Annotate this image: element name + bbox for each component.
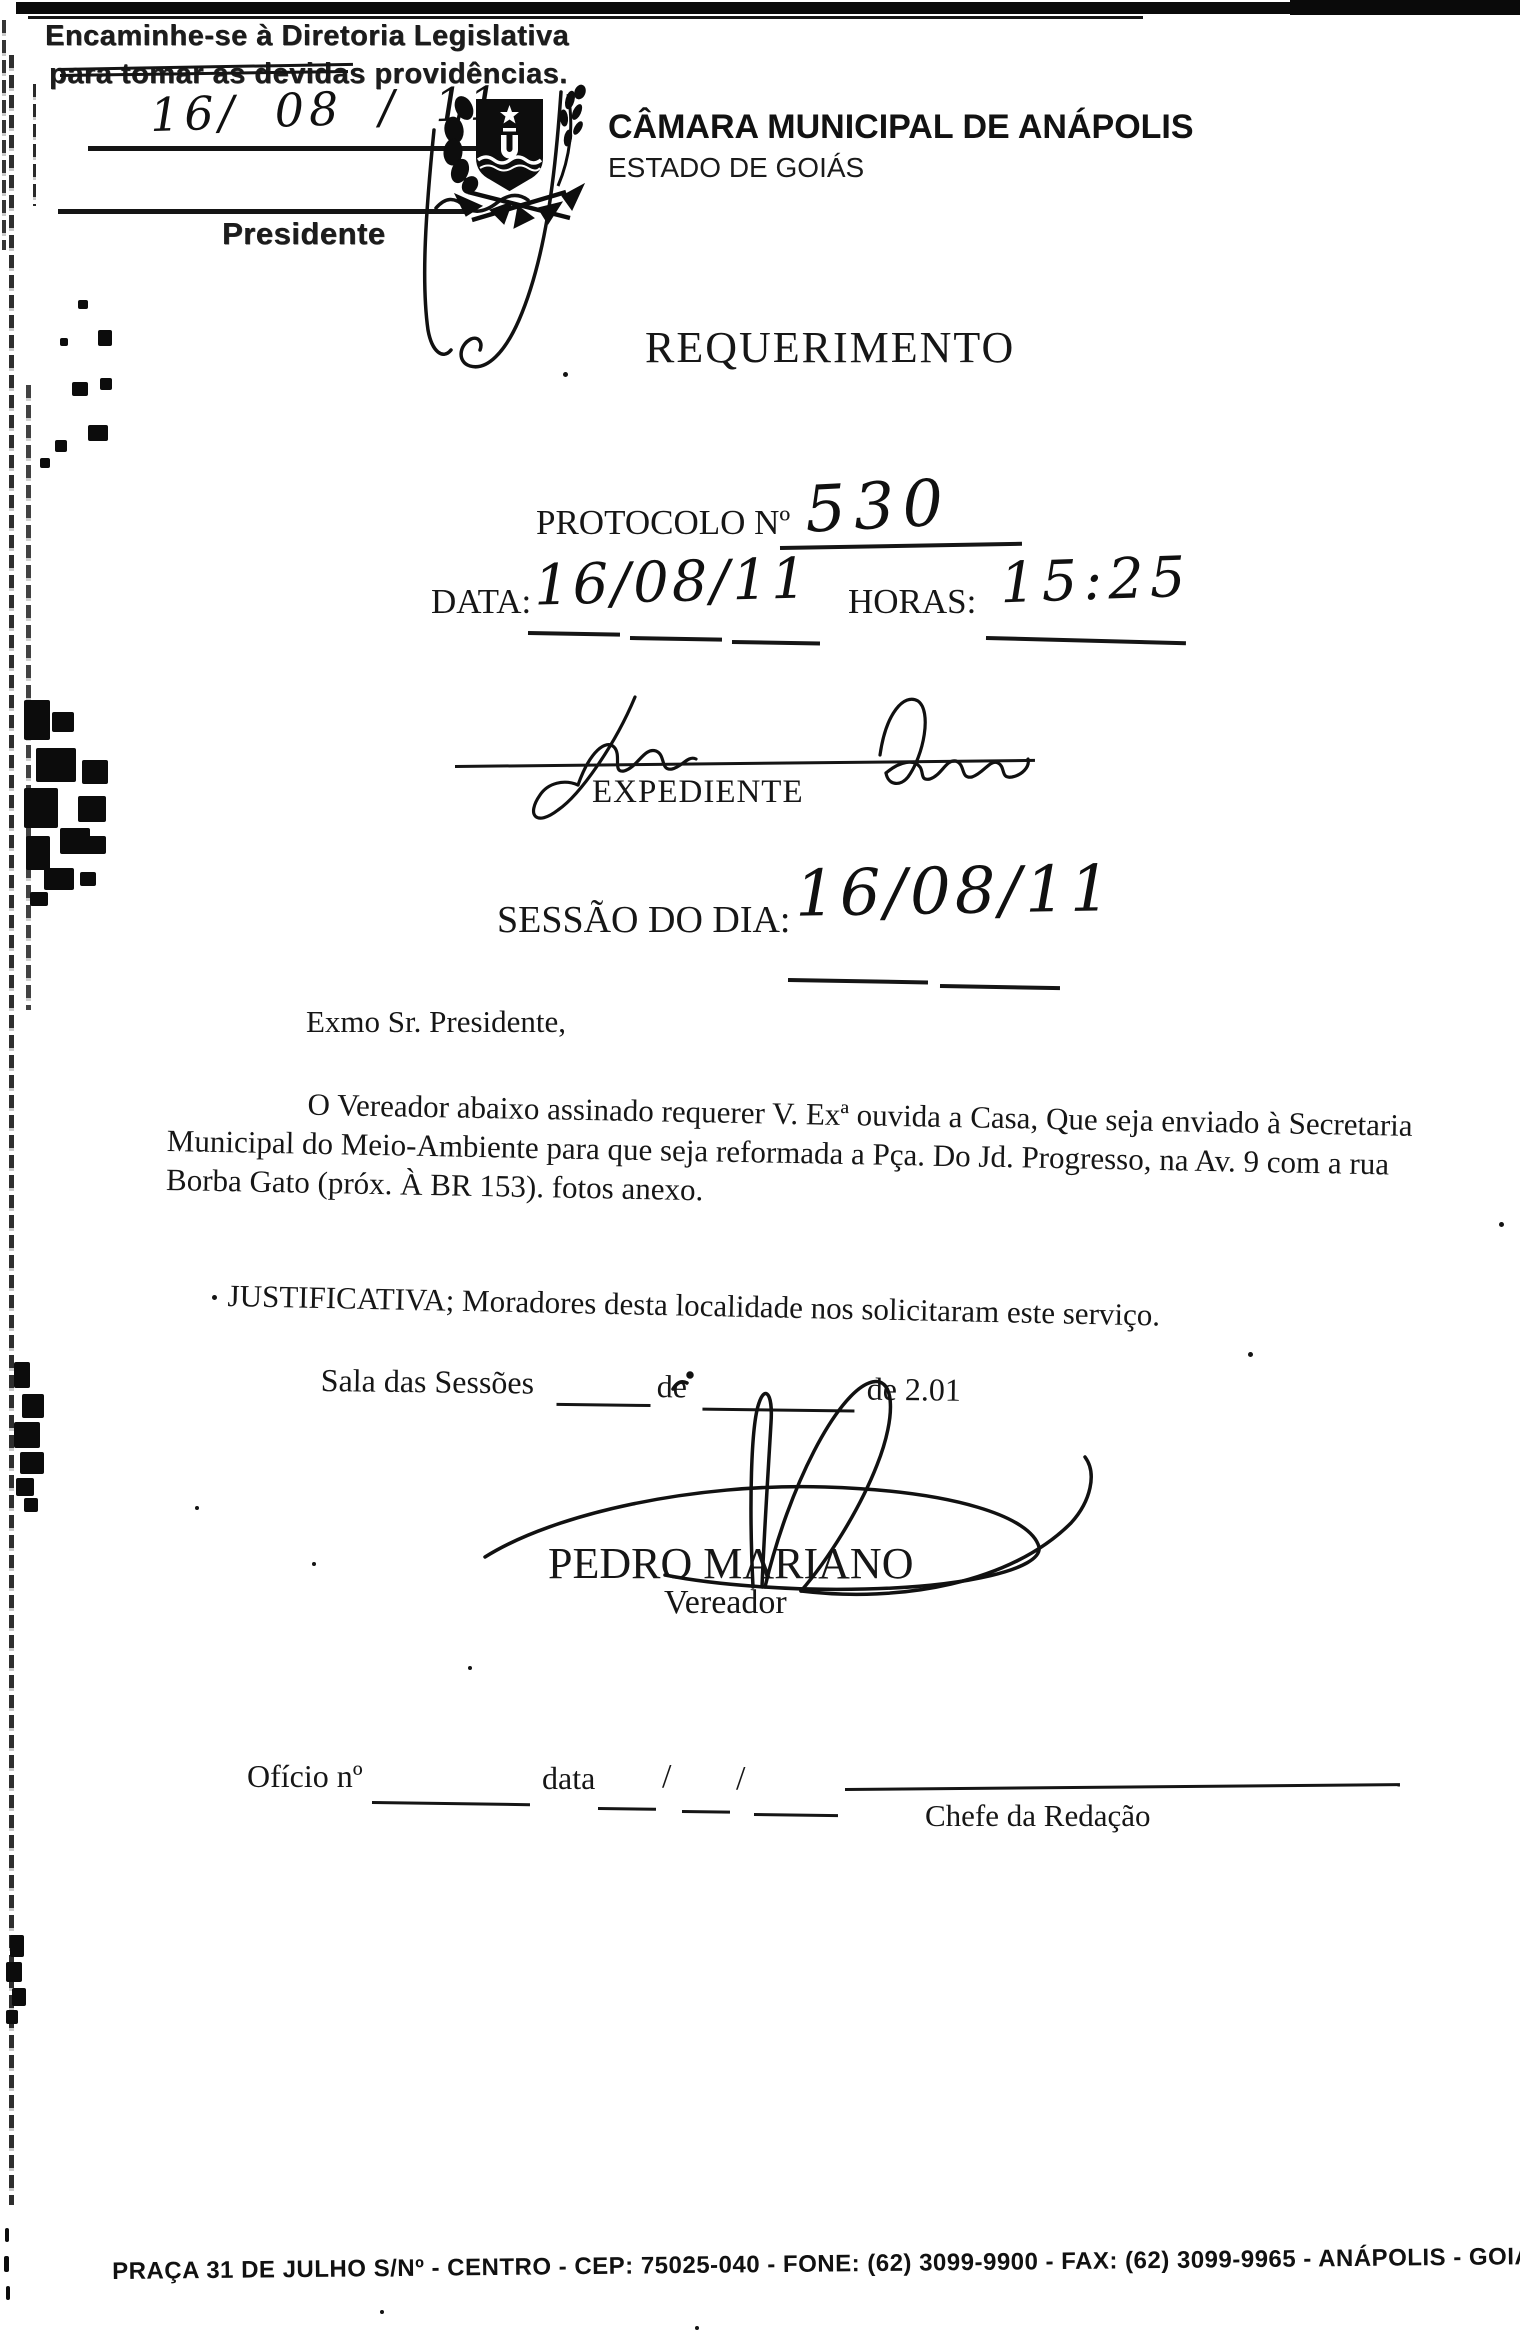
ana-paula-signature [440, 655, 1040, 840]
expediente-label: EXPEDIENTE [592, 774, 804, 811]
oficio-data-label: data [542, 1760, 595, 1797]
justification-line: JUSTIFICATIVA; Moradores desta localidad… [227, 1278, 1160, 1334]
scanned-requerimento-page: Encaminhe-se à Diretoria Legislativa par… [0, 0, 1520, 2336]
oficio-slash-2: / [736, 1760, 745, 1798]
oficio-data-line-3 [754, 1813, 838, 1817]
stamp-box-top-line [28, 16, 1143, 19]
hours-underline [986, 636, 1186, 645]
protocol-number-handwritten: 530 [803, 466, 953, 548]
oficio-label: Ofício nº [247, 1758, 363, 1795]
request-paragraph: O Vereador abaixo assinado requerer V. E… [166, 1082, 1520, 1225]
scan-dot-artifact [468, 1666, 472, 1670]
scan-top-edge-bar-right [1290, 0, 1520, 15]
anapolis-coat-of-arms-emblem [420, 78, 610, 223]
date-underline-2 [630, 636, 722, 642]
scan-dot-artifact [212, 1295, 217, 1300]
oficio-data-line-2 [682, 1810, 730, 1814]
org-state: ESTADO DE GOIÁS [608, 152, 864, 184]
scan-dot-artifact [1499, 1222, 1504, 1227]
protocol-label: PROTOCOLO Nº [536, 503, 790, 543]
session-label: SESSÃO DO DIA: [497, 898, 790, 942]
oficio-number-line [372, 1801, 530, 1806]
scan-dot-artifact [695, 2326, 699, 2330]
session-underline-2 [940, 984, 1060, 990]
document-title: REQUERIMENTO [645, 322, 1015, 373]
pedro-mariano-signature [465, 1365, 1115, 1600]
salutation: Exmo Sr. Presidente, [306, 1004, 566, 1040]
org-name: CÂMARA MUNICIPAL DE ANÁPOLIS [608, 108, 1194, 147]
scan-left-edge-line [9, 55, 14, 2205]
scan-dot-artifact [380, 2310, 384, 2314]
hours-handwritten: 15:25 [999, 545, 1193, 617]
oficio-slash-1: / [662, 1758, 671, 1796]
stamp-left-border [33, 84, 36, 206]
scan-dot-artifact [1248, 1352, 1253, 1357]
date-label: DATA: [431, 582, 531, 622]
chief-label: Chefe da Redação [925, 1798, 1151, 1834]
session-date-handwritten: 16/08/11 [794, 852, 1115, 932]
routing-stamp-line1: Encaminhe-se à Diretoria Legislativa [45, 20, 569, 53]
scan-dot-artifact [563, 372, 568, 377]
hours-label: HORAS: [848, 582, 976, 622]
date-underline-1 [528, 631, 620, 637]
scan-left-corner-dashes [2, 20, 6, 250]
stamp-role-label: Presidente [222, 216, 386, 252]
oficio-data-line-1 [598, 1807, 656, 1811]
scan-left-edge-line-2 [26, 385, 31, 1010]
footer-address: PRAÇA 31 DE JULHO S/Nº - CENTRO - CEP: 7… [112, 2243, 1520, 2286]
date-handwritten: 16/08/11 [533, 546, 810, 618]
chief-signature-line [845, 1783, 1400, 1791]
session-underline-1 [788, 978, 928, 984]
scan-dot-artifact [195, 1506, 199, 1510]
scan-dot-artifact [312, 1562, 316, 1566]
date-underline-3 [732, 640, 820, 646]
